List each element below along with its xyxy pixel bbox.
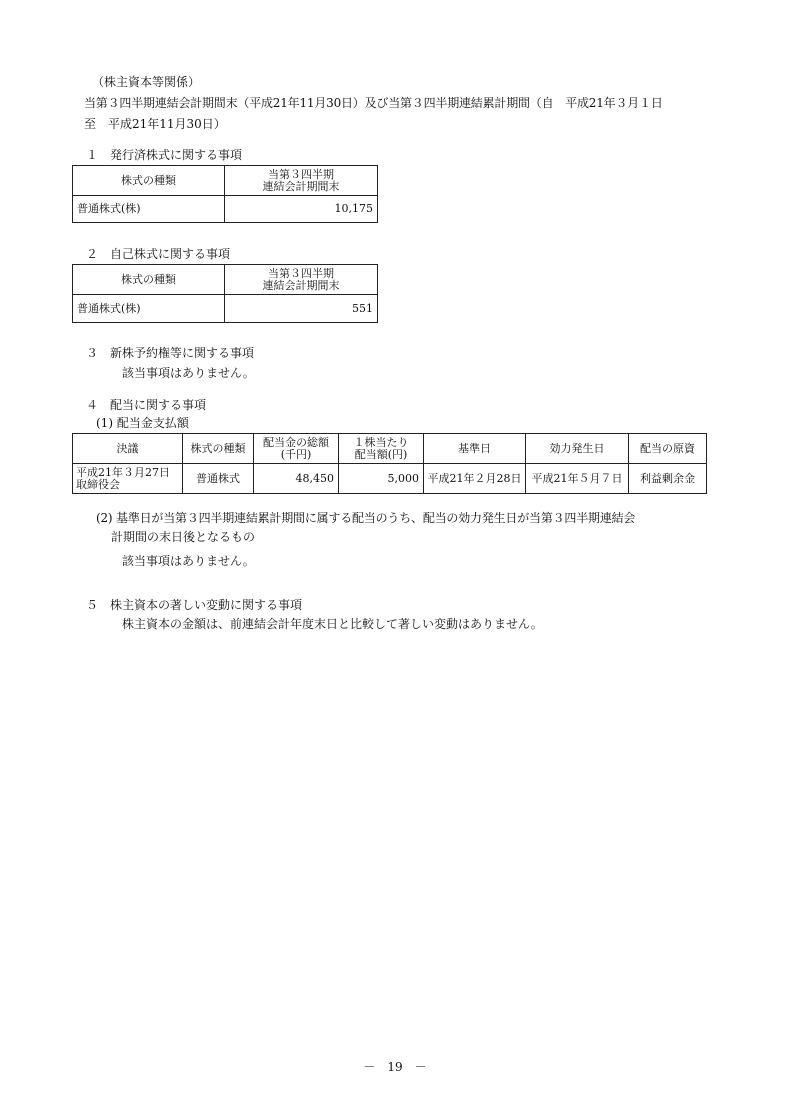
treasury-shares-table: 株式の種類 当第３四半期 連結会計期間末 普通株式(株) 551 xyxy=(72,264,378,323)
header-share-type: 株式の種類 xyxy=(73,166,225,196)
cell-value: 551 xyxy=(225,295,378,323)
s4-sub2-body: 該当事項はありません。 xyxy=(122,554,255,569)
s4-sub2-line-2: 計期間の末日後となるもの xyxy=(111,530,255,545)
s4-sub1-heading: (1) 配当金支払額 xyxy=(96,416,189,431)
s3-body: 該当事項はありません。 xyxy=(122,366,255,381)
cell-effective-date: 平成21年５月７日 xyxy=(526,464,629,494)
cell-share-type: 普通株式 xyxy=(183,464,254,494)
table-row: 平成21年３月27日 取締役会 普通株式 48,450 5,000 平成21年２… xyxy=(73,464,707,494)
header-share-type: 株式の種類 xyxy=(73,265,225,295)
cell-per-share: 5,000 xyxy=(339,464,424,494)
s2-heading: ２ 自己株式に関する事項 xyxy=(86,247,230,262)
header-share-type: 株式の種類 xyxy=(183,434,254,464)
cell-resolution: 平成21年３月27日 取締役会 xyxy=(73,464,183,494)
s3-heading: ３ 新株予約権等に関する事項 xyxy=(86,346,254,361)
header-per-share: １株当たり 配当額(円) xyxy=(339,434,424,464)
section-title: （株主資本等関係） xyxy=(92,75,200,90)
s5-heading: ５ 株主資本の著しい変動に関する事項 xyxy=(86,598,302,613)
header-source: 配当の原資 xyxy=(629,434,707,464)
cell-total: 48,450 xyxy=(254,464,339,494)
intro-text-line-1: 当第３四半期連結会計期間末（平成21年11月30日）及び当第３四半期連結累計期間… xyxy=(84,96,663,111)
s4-sub2-line-1: (2) 基準日が当第３四半期連結累計期間に属する配当のうち、配当の効力発生日が当… xyxy=(96,511,635,526)
intro-text-line-2: 至 平成21年11月30日） xyxy=(84,117,226,132)
cell-value: 10,175 xyxy=(225,196,378,223)
header-effective-date: 効力発生日 xyxy=(526,434,629,464)
issued-shares-table: 株式の種類 当第３四半期 連結会計期間末 普通株式(株) 10,175 xyxy=(72,165,378,223)
s5-body: 株主資本の金額は、前連結会計年度末日と比較して著しい変動はありません。 xyxy=(122,617,543,632)
s4-heading: ４ 配当に関する事項 xyxy=(86,398,206,413)
cell-share-type: 普通株式(株) xyxy=(73,295,225,323)
header-period-end: 当第３四半期 連結会計期間末 xyxy=(225,166,378,196)
s1-heading: １ 発行済株式に関する事項 xyxy=(86,148,242,163)
cell-share-type: 普通株式(株) xyxy=(73,196,225,223)
header-period-end: 当第３四半期 連結会計期間末 xyxy=(225,265,378,295)
cell-source: 利益剰余金 xyxy=(629,464,707,494)
cell-record-date: 平成21年２月28日 xyxy=(424,464,526,494)
page-number: － 19 － xyxy=(0,1058,790,1075)
dividends-paid-table: 決議 株式の種類 配当金の総額 (千円) １株当たり 配当額(円) 基準日 効力… xyxy=(72,433,707,494)
table-row: 普通株式(株) 551 xyxy=(73,295,378,323)
table-row: 普通株式(株) 10,175 xyxy=(73,196,378,223)
header-record-date: 基準日 xyxy=(424,434,526,464)
header-resolution: 決議 xyxy=(73,434,183,464)
header-total-dividend: 配当金の総額 (千円) xyxy=(254,434,339,464)
